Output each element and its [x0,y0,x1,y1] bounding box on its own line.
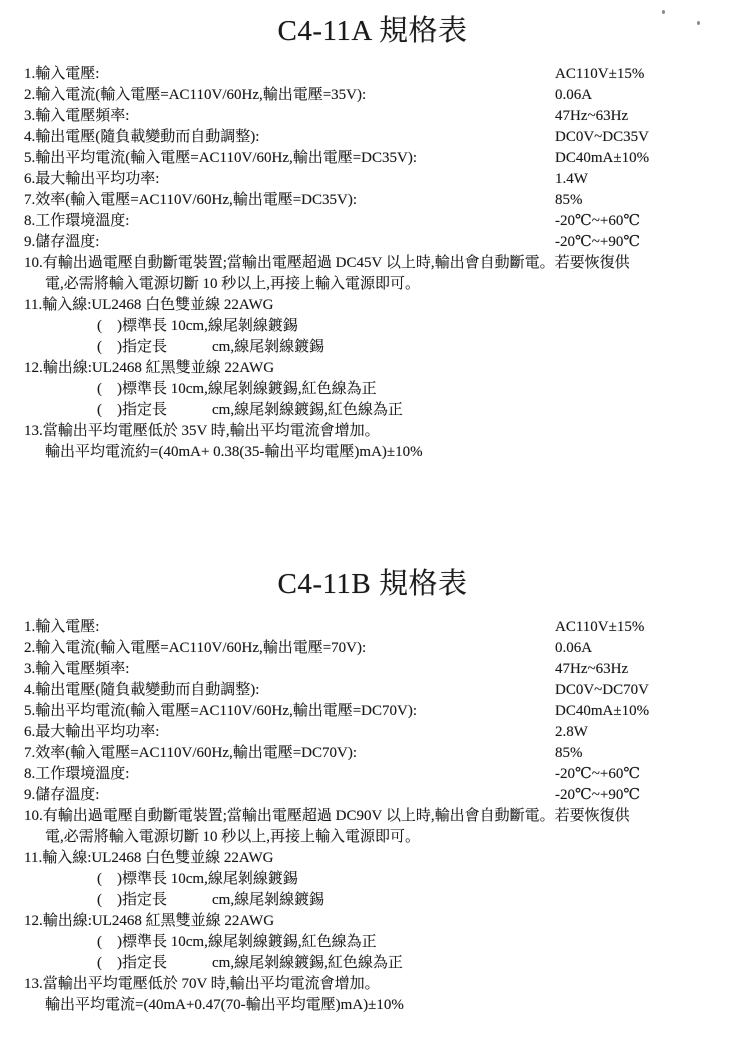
spec-section: C4-11B 規格表 1.輸入電壓:AC110V±15%2.輸入電流(輸入電壓=… [0,563,745,1016]
spec-value: AC110V±15% [555,64,644,85]
spec-value: -20℃~+90℃ [555,232,640,253]
scan-speck [697,21,700,25]
spec-row: 5.輸出平均電流(輸入電壓=AC110V/60Hz,輸出電壓=DC35V):DC… [0,148,745,169]
section-rows: 1.輸入電壓:AC110V±15%2.輸入電流(輸入電壓=AC110V/60Hz… [0,617,745,1016]
spec-row: 6.最大輸出平均功率:1.4W [0,169,745,190]
spec-value: 0.06A [555,85,592,106]
document-page: C4-11A 規格表 1.輸入電壓:AC110V±15%2.輸入電流(輸入電壓=… [0,0,745,1042]
spec-value: -20℃~+90℃ [555,785,640,806]
spec-label: 2.輸入電流(輸入電壓=AC110V/60Hz,輸出電壓=70V): [24,640,366,656]
spec-label: 11.輸入線:UL2468 白色雙並線 22AWG [24,850,273,866]
spec-row: ( )標準長 10cm,線尾剝線鍍錫,紅色線為正 [0,932,745,953]
spec-value: -20℃~+60℃ [555,764,640,785]
spec-label: 11.輸入線:UL2468 白色雙並線 22AWG [24,297,273,313]
spec-label: 電,必需將輸入電源切斷 10 秒以上,再接上輸入電源即可。 [45,276,420,292]
spec-label: 8.工作環境溫度: [24,766,129,782]
spec-row: 7.效率(輸入電壓=AC110V/60Hz,輸出電壓=DC35V):85% [0,190,745,211]
spec-label: 8.工作環境溫度: [24,213,129,229]
spec-row: 12.輸出線:UL2468 紅黑雙並線 22AWG [0,911,745,932]
spec-label: 9.儲存溫度: [24,787,99,803]
spec-label: ( )指定長 cm,線尾剝線鍍錫,紅色線為正 [97,402,403,418]
spec-row: 1.輸入電壓:AC110V±15% [0,617,745,638]
spec-label: 7.效率(輸入電壓=AC110V/60Hz,輸出電壓=DC35V): [24,192,357,208]
spec-label: 7.效率(輸入電壓=AC110V/60Hz,輸出電壓=DC70V): [24,745,357,761]
spec-value: 47Hz~63Hz [555,659,628,680]
spec-label: 1.輸入電壓: [24,619,99,635]
spec-label: ( )指定長 cm,線尾剝線鍍錫,紅色線為正 [97,955,403,971]
spec-row: 1.輸入電壓:AC110V±15% [0,64,745,85]
spec-label: 1.輸入電壓: [24,66,99,82]
spec-value: AC110V±15% [555,617,644,638]
spec-row: 11.輸入線:UL2468 白色雙並線 22AWG [0,848,745,869]
spec-row: 5.輸出平均電流(輸入電壓=AC110V/60Hz,輸出電壓=DC70V):DC… [0,701,745,722]
spec-label: ( )標準長 10cm,線尾剝線鍍錫 [97,871,298,887]
spec-label: 4.輸出電壓(隨負載變動而自動調整): [24,682,259,698]
spec-row: 12.輸出線:UL2468 紅黑雙並線 22AWG [0,358,745,379]
spec-label: 12.輸出線:UL2468 紅黑雙並線 22AWG [24,913,274,929]
spec-row: ( )指定長 cm,線尾剝線鍍錫 [0,890,745,911]
spec-row: 8.工作環境溫度:-20℃~+60℃ [0,764,745,785]
spec-label: 12.輸出線:UL2468 紅黑雙並線 22AWG [24,360,274,376]
spec-row: 電,必需將輸入電源切斷 10 秒以上,再接上輸入電源即可。 [0,827,745,848]
spec-value: DC0V~DC70V [555,680,649,701]
spec-label: 輸出平均電流=(40mA+0.47(70-輸出平均電壓)mA)±10% [45,997,404,1013]
spec-value: 47Hz~63Hz [555,106,628,127]
spec-sections-container: C4-11A 規格表 1.輸入電壓:AC110V±15%2.輸入電流(輸入電壓=… [0,10,745,1016]
spec-label: 5.輸出平均電流(輸入電壓=AC110V/60Hz,輸出電壓=DC70V): [24,703,417,719]
spec-row: 6.最大輸出平均功率:2.8W [0,722,745,743]
spec-row: 13.當輸出平均電壓低於 70V 時,輸出平均電流會增加。 [0,974,745,995]
spec-row: 3.輸入電壓頻率:47Hz~63Hz [0,659,745,680]
spec-label: 輸出平均電流約=(40mA+ 0.38(35-輸出平均電壓)mA)±10% [45,444,423,460]
spec-label: 9.儲存溫度: [24,234,99,250]
spec-row: 3.輸入電壓頻率:47Hz~63Hz [0,106,745,127]
spec-row: 13.當輸出平均電壓低於 35V 時,輸出平均電流會增加。 [0,421,745,442]
spec-label: 電,必需將輸入電源切斷 10 秒以上,再接上輸入電源即可。 [45,829,420,845]
spec-label: 6.最大輸出平均功率: [24,724,159,740]
spec-label: ( )標準長 10cm,線尾剝線鍍錫,紅色線為正 [97,381,377,397]
spec-row: 4.輸出電壓(隨負載變動而自動調整):DC0V~DC35V [0,127,745,148]
spec-value: 2.8W [555,722,588,743]
spec-row: 輸出平均電流約=(40mA+ 0.38(35-輸出平均電壓)mA)±10% [0,442,745,463]
spec-label: ( )標準長 10cm,線尾剝線鍍錫 [97,318,298,334]
spec-label: 3.輸入電壓頻率: [24,108,129,124]
section-title: C4-11B 規格表 [0,563,745,605]
spec-value: DC40mA±10% [555,701,649,722]
spec-row: 8.工作環境溫度:-20℃~+60℃ [0,211,745,232]
spec-value: DC0V~DC35V [555,127,649,148]
spec-label: 3.輸入電壓頻率: [24,661,129,677]
spec-section: C4-11A 規格表 1.輸入電壓:AC110V±15%2.輸入電流(輸入電壓=… [0,10,745,463]
spec-row: 10.有輸出過電壓自動斷電裝置;當輸出電壓超過 DC45V 以上時,輸出會自動斷… [0,253,745,274]
spec-label: 6.最大輸出平均功率: [24,171,159,187]
spec-label: ( )標準長 10cm,線尾剝線鍍錫,紅色線為正 [97,934,377,950]
spec-label: ( )指定長 cm,線尾剝線鍍錫 [97,892,324,908]
spec-row: ( )指定長 cm,線尾剝線鍍錫,紅色線為正 [0,953,745,974]
spec-label: 10.有輸出過電壓自動斷電裝置;當輸出電壓超過 DC45V 以上時,輸出會自動斷… [24,255,630,271]
spec-row: ( )指定長 cm,線尾剝線鍍錫,紅色線為正 [0,400,745,421]
spec-row: 電,必需將輸入電源切斷 10 秒以上,再接上輸入電源即可。 [0,274,745,295]
spec-label: 13.當輸出平均電壓低於 70V 時,輸出平均電流會增加。 [24,976,380,992]
spec-label: ( )指定長 cm,線尾剝線鍍錫 [97,339,324,355]
spec-label: 2.輸入電流(輸入電壓=AC110V/60Hz,輸出電壓=35V): [24,87,366,103]
spec-row: ( )標準長 10cm,線尾剝線鍍錫,紅色線為正 [0,379,745,400]
spec-row: 2.輸入電流(輸入電壓=AC110V/60Hz,輸出電壓=35V):0.06A [0,85,745,106]
spec-row: 9.儲存溫度:-20℃~+90℃ [0,232,745,253]
scan-speck [662,10,665,14]
spec-row: 2.輸入電流(輸入電壓=AC110V/60Hz,輸出電壓=70V):0.06A [0,638,745,659]
spec-row: 4.輸出電壓(隨負載變動而自動調整):DC0V~DC70V [0,680,745,701]
spec-value: 0.06A [555,638,592,659]
spec-label: 13.當輸出平均電壓低於 35V 時,輸出平均電流會增加。 [24,423,380,439]
spec-label: 10.有輸出過電壓自動斷電裝置;當輸出電壓超過 DC90V 以上時,輸出會自動斷… [24,808,630,824]
spec-row: 10.有輸出過電壓自動斷電裝置;當輸出電壓超過 DC90V 以上時,輸出會自動斷… [0,806,745,827]
spec-label: 4.輸出電壓(隨負載變動而自動調整): [24,129,259,145]
spec-value: 85% [555,190,583,211]
spec-value: 1.4W [555,169,588,190]
spec-label: 5.輸出平均電流(輸入電壓=AC110V/60Hz,輸出電壓=DC35V): [24,150,417,166]
spec-row: 7.效率(輸入電壓=AC110V/60Hz,輸出電壓=DC70V):85% [0,743,745,764]
spec-row: 輸出平均電流=(40mA+0.47(70-輸出平均電壓)mA)±10% [0,995,745,1016]
spec-value: 85% [555,743,583,764]
spec-row: ( )指定長 cm,線尾剝線鍍錫 [0,337,745,358]
spec-row: 9.儲存溫度:-20℃~+90℃ [0,785,745,806]
spec-value: -20℃~+60℃ [555,211,640,232]
spec-value: DC40mA±10% [555,148,649,169]
spec-row: ( )標準長 10cm,線尾剝線鍍錫 [0,316,745,337]
section-title: C4-11A 規格表 [0,10,745,52]
section-rows: 1.輸入電壓:AC110V±15%2.輸入電流(輸入電壓=AC110V/60Hz… [0,64,745,463]
spec-row: 11.輸入線:UL2468 白色雙並線 22AWG [0,295,745,316]
spec-row: ( )標準長 10cm,線尾剝線鍍錫 [0,869,745,890]
